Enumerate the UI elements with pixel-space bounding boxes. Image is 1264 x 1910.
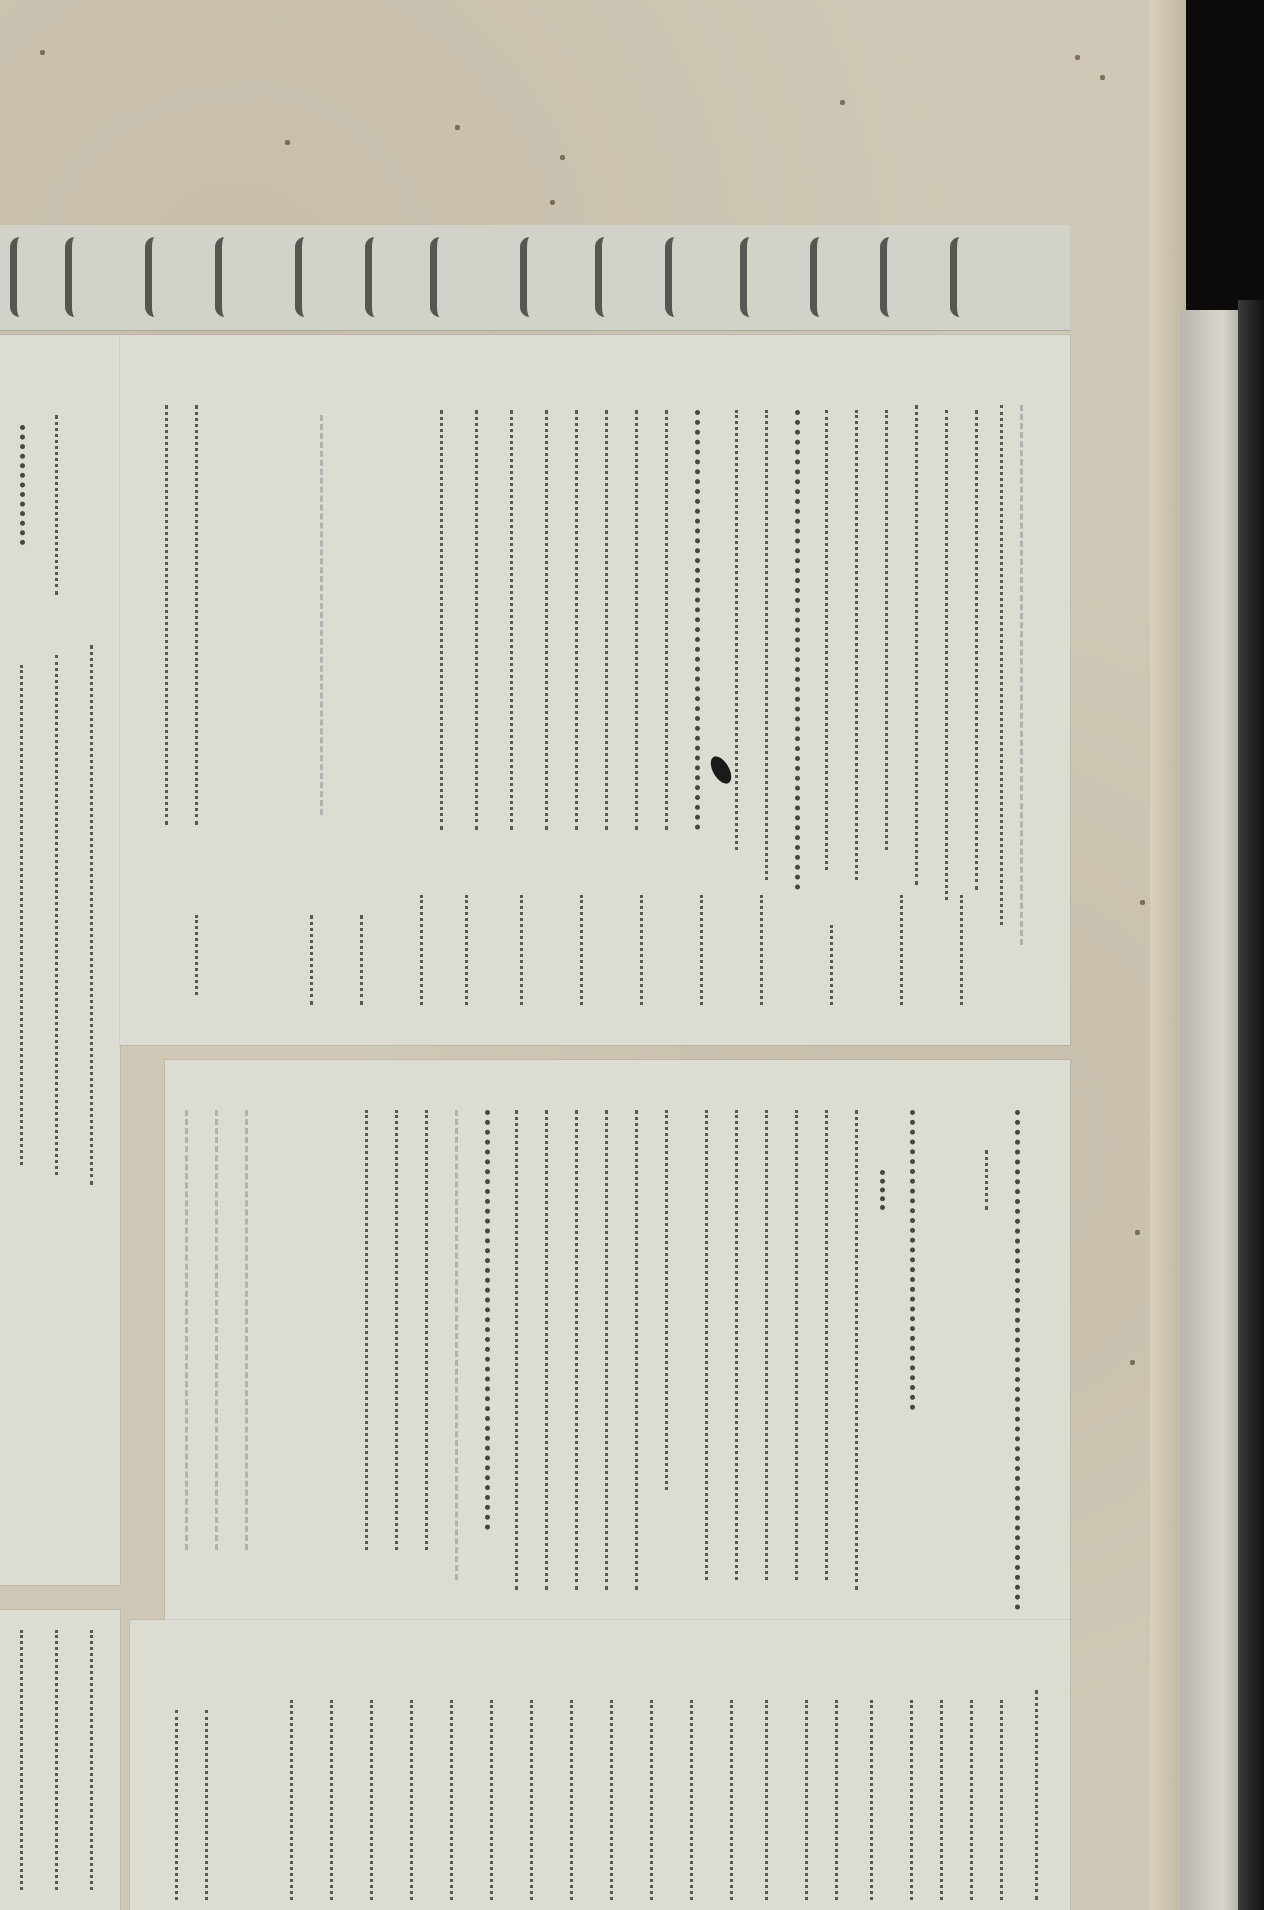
paper-speck [455, 125, 460, 130]
paper-speck [560, 155, 565, 160]
ink-blot [707, 753, 736, 787]
paper-speck [1135, 1230, 1140, 1235]
upper-letter-sheet [120, 335, 1070, 1045]
paper-speck [1075, 55, 1080, 60]
calligraphy-band [0, 225, 1070, 331]
paper-speck [840, 100, 845, 105]
display-frame [1238, 300, 1264, 1910]
paper-speck [550, 200, 555, 205]
paper-speck [1130, 1360, 1135, 1365]
lower-letter-sheets [130, 1620, 1070, 1910]
middle-letter-sheet [165, 1060, 1070, 1620]
left-letter-sheet-lower [0, 1610, 120, 1910]
left-letter-sheet [0, 335, 120, 1585]
paper-speck [285, 140, 290, 145]
paper-speck [1140, 900, 1145, 905]
paper-speck [1100, 75, 1105, 80]
paper-speck [40, 50, 45, 55]
